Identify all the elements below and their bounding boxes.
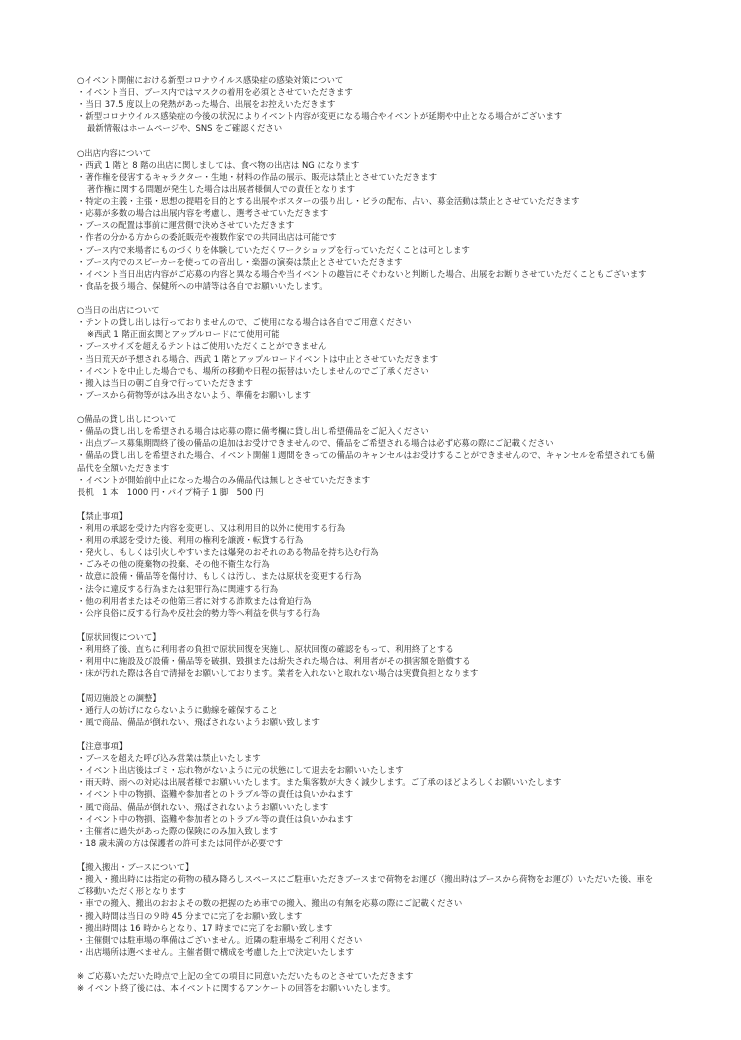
list-item: ・利用終了後、直ちに利用者の負担で原状回復を実施し、原状回復の確認をもって、利用…	[77, 643, 697, 655]
section-notes: 【注意事項】 ・ブースを超えた呼び込み営業は禁止いたします ・イベント出店後はゴ…	[77, 740, 697, 849]
list-item: ・利用の承認を受けた後、利用の権利を譲渡・転貸する行為	[77, 534, 697, 546]
list-item: ・当日 37.5 度以上の発熱があった場合、出展をお控えいただきます	[77, 98, 697, 110]
list-item: ・出点ブース募集期間終了後の備品の追加はお受けできませんので、備品をご希望される…	[77, 437, 697, 449]
list-item: ・イベント中の物損、盗難や参加者とのトラブル等の責任は負いかねます	[77, 788, 697, 800]
list-item: ・備品の貸し出しを希望される場合は応募の際に備考欄に貸し出し希望備品をご記入くだ…	[77, 425, 697, 437]
list-item: ・当日荒天が予想される場合、西武 1 階とアップルロードイベントは中止とさせてい…	[77, 353, 697, 365]
section-heading: 【禁止事項】	[77, 510, 697, 522]
section-heading: 【搬入搬出・ブースについて】	[77, 861, 697, 873]
document-page: ○イベント開催における新型コロナウイルス感染症の感染対策について ・イベント当日…	[77, 74, 697, 994]
list-item: ・イベントが開始前中止になった場合のみ備品代は無しとさせていただきます	[77, 474, 697, 486]
list-item: ・利用の承認を受けた内容を変更し、又は利用目的以外に使用する行為	[77, 522, 697, 534]
list-item: ・風で商品、備品が倒れない、飛ばされないようお願いいたします	[77, 801, 697, 813]
price-list: 長机 1 本 1000 円・パイプ椅子 1 脚 500 円	[77, 486, 697, 498]
section-heading: 【原状回復について】	[77, 631, 697, 643]
list-item: ・特定の主義・主張・思想の提唱を目的とする出展やポスターの張り出し・ビラの配布、…	[77, 195, 697, 207]
list-item-continuation: ご移動いただく形となります	[77, 885, 697, 897]
section-equipment-rental: ○備品の貸し出しについて ・備品の貸し出しを希望される場合は応募の際に備考欄に貸…	[77, 413, 697, 498]
list-item: ・通行人の妨げにならないように動線を確保すること	[77, 704, 697, 716]
list-item: ・公序良俗に反する行為や反社会的勢力等へ利益を供与する行為	[77, 607, 697, 619]
section-heading: ○出店内容について	[77, 147, 697, 159]
list-item: ・イベント中の物損、盗難や参加者とのトラブル等の責任は負いかねます	[77, 813, 697, 825]
list-item: ・作者の分かる方からの委託販売や複数作家での共同出店は可能です	[77, 231, 697, 243]
list-item-continuation: 著作権に関する問題が発生した場合は出展者様個人での責任となります	[77, 183, 697, 195]
list-item: ・利用中に施設及び設備・備品等を破損、毀損または紛失された場合は、利用者がその損…	[77, 655, 697, 667]
list-item: ・搬入時間は当日の９時 45 分までに完了をお願い致します	[77, 910, 697, 922]
list-item-note: ※西武 1 階正面玄関とアップルロードにて使用可能	[77, 328, 697, 340]
list-item: ・ごみその他の廃棄物の投棄、その他不衛生な行為	[77, 558, 697, 570]
list-item: ・イベント当日、ブース内ではマスクの着用を必須とさせていただきます	[77, 86, 697, 98]
section-surrounding-facilities: 【周辺施設との調整】 ・通行人の妨げにならないように動線を確保すること ・風で商…	[77, 692, 697, 728]
list-item: ・風で商品、備品が倒れない、飛ばされないようお願い致します	[77, 716, 697, 728]
section-prohibited: 【禁止事項】 ・利用の承認を受けた内容を変更し、又は利用目的以外に使用する行為 …	[77, 510, 697, 619]
list-item: ・搬出時間は 16 時からとなり、17 時までに完了をお願い致します	[77, 922, 697, 934]
section-heading: ○当日の出店について	[77, 304, 697, 316]
list-item: ・搬入は当日の朝ご自身で行っていただきます	[77, 377, 697, 389]
list-item-continuation: 最新情報はホームページや、SNS をご確認ください	[77, 122, 697, 134]
list-item: ・故意に設備・備品等を傷付け、もしくは汚し、または原状を変更する行為	[77, 570, 697, 582]
list-item: ・床が汚れた際は各自で清掃をお願いしております。業者を入れないと取れない場合は実…	[77, 667, 697, 679]
list-item: ・備品の貸し出しを希望された場合、イベント開催１週間をきっての備品のキャンセルは…	[77, 449, 697, 461]
footer-note: ※ イベント終了後には、本イベントに関するアンケートの回答をお願いいたします。	[77, 982, 697, 994]
list-item: ・出店場所は選べません。主催者側で構成を考慮した上で決定いたします	[77, 946, 697, 958]
list-item: ・ブース内でのスピーカーを使っての音出し・楽器の演奏は禁止とさせていただきます	[77, 256, 697, 268]
list-item: ・18 歳未満の方は保護者の許可または同伴が必要です	[77, 837, 697, 849]
list-item: ・著作権を侵害するキャラクター・生地・材料の作品の展示、販売は禁止とさせていただ…	[77, 171, 697, 183]
list-item: ・ブース内で来場者にものづくりを体験していただくワークショップを行っていただくこ…	[77, 244, 697, 256]
section-heading: 【注意事項】	[77, 740, 697, 752]
list-item: ・雨天時、雨への対応は出展者様でお願いいたします。また集客数が大きく減少します。…	[77, 776, 697, 788]
section-restoration: 【原状回復について】 ・利用終了後、直ちに利用者の負担で原状回復を実施し、原状回…	[77, 631, 697, 679]
section-heading: ○備品の貸し出しについて	[77, 413, 697, 425]
list-item: ・ブースを超えた呼び込み営業は禁止いたします	[77, 752, 697, 764]
section-exhibit-content: ○出店内容について ・西武 1 階と 8 階の出店に関しましては、食べ物の出店は…	[77, 147, 697, 292]
list-item: ・発火し、もしくは引火しやすいまたは爆発のおそれのある物品を持ち込む行為	[77, 546, 697, 558]
list-item-continuation: 品代を全額いただきます	[77, 462, 697, 474]
section-heading: 【周辺施設との調整】	[77, 692, 697, 704]
list-item: ・ブースサイズを超えるテントはご使用いただくことができません	[77, 340, 697, 352]
list-item: ・法令に違反する行為または犯罪行為に関連する行為	[77, 583, 697, 595]
section-event-day: ○当日の出店について ・テントの貸し出しは行っておりませんので、ご使用になる場合…	[77, 304, 697, 401]
section-covid-measures: ○イベント開催における新型コロナウイルス感染症の感染対策について ・イベント当日…	[77, 74, 697, 135]
list-item: ・車での搬入、搬出のおおよその数の把握のため車での搬入、搬出の有無を応募の際にご…	[77, 897, 697, 909]
list-item: ・イベントを中止した場合でも、場所の移動や日程の振替はいたしませんのでご了承くだ…	[77, 365, 697, 377]
list-item: ・テントの貸し出しは行っておりませんので、ご使用になる場合は各自でご用意ください	[77, 316, 697, 328]
list-item: ・ブースから荷物等がはみ出さないよう、準備をお願いします	[77, 389, 697, 401]
footer-note: ※ ご応募いただいた時点で上記の全ての項目に同意いただいたものとさせていただきま…	[77, 970, 697, 982]
list-item: ・他の利用者またはその他第三者に対する詐欺または脅迫行為	[77, 595, 697, 607]
section-heading: ○イベント開催における新型コロナウイルス感染症の感染対策について	[77, 74, 697, 86]
list-item: ・食品を扱う場合、保健所への申請等は各自でお願いいたします。	[77, 280, 697, 292]
list-item: ・イベント当日出店内容がご応募の内容と異なる場合や当イベントの趣旨にそぐわないと…	[77, 268, 697, 280]
list-item: ・主催者に過失があった際の保険にのみ加入致します	[77, 825, 697, 837]
list-item: ・西武 1 階と 8 階の出店に関しましては、食べ物の出店は NG になります	[77, 159, 697, 171]
list-item: ・応募が多数の場合は出展内容を考慮し、選考させていただきます	[77, 207, 697, 219]
list-item: ・イベント出店後はゴミ・忘れ物がないように元の状態にして退去をお願いいたします	[77, 764, 697, 776]
footer-notes: ※ ご応募いただいた時点で上記の全ての項目に同意いただいたものとさせていただきま…	[77, 970, 697, 994]
list-item: ・新型コロナウイルス感染症の今後の状況によりイベント内容が変更になる場合やイベン…	[77, 110, 697, 122]
list-item: ・ブースの配置は事前に運営側で決めさせていただきます	[77, 219, 697, 231]
section-load-in-out: 【搬入搬出・ブースについて】 ・搬入・搬出時には指定の荷物の積み降ろしスペースに…	[77, 861, 697, 958]
list-item: ・主催側では駐車場の準備はございません。近隣の駐車場をご利用ください	[77, 934, 697, 946]
list-item: ・搬入・搬出時には指定の荷物の積み降ろしスペースにご駐車いただきブースまで荷物を…	[77, 873, 697, 885]
